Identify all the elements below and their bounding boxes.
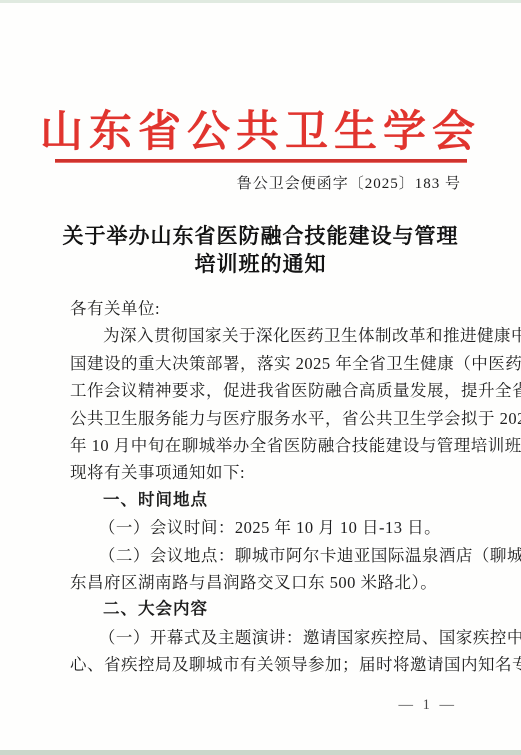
organization-name-header: 山东省公共卫生学会 — [0, 98, 521, 159]
body-line: 现将有关事项通知如下: — [70, 459, 459, 486]
document-body: 各有关单位:为深入贯彻国家关于深化医药卫生体制改革和推进健康中国建设的重大决策部… — [70, 295, 459, 679]
red-divider-rule — [55, 159, 467, 163]
body-line: （一）会议时间：2025 年 10 月 10 日-13 日。 — [70, 514, 459, 541]
page-number: — 1 — — [399, 697, 458, 714]
body-line: 国建设的重大决策部署，落实 2025 年全省卫生健康（中医药） — [70, 350, 459, 377]
scanned-notice-page: 山东省公共卫生学会 鲁公卫会便函字〔2025〕183 号 关于举办山东省医防融合… — [0, 0, 521, 755]
document-title-line1: 关于举办山东省医防融合技能建设与管理 — [40, 222, 481, 250]
document-title-line2: 培训班的通知 — [40, 250, 481, 278]
body-line: 年 10 月中旬在聊城举办全省医防融合技能建设与管理培训班。 — [70, 432, 459, 459]
body-line: 心、省疾控局及聊城市有关领导参加；届时将邀请国内知名专 — [70, 651, 459, 678]
scan-edge-bottom — [0, 750, 521, 755]
body-line: （二）会议地点：聊城市阿尔卡迪亚国际温泉酒店（聊城 — [70, 542, 459, 569]
body-line: 为深入贯彻国家关于深化医药卫生体制改革和推进健康中 — [70, 322, 459, 349]
body-line: 工作会议精神要求，促进我省医防融合高质量发展，提升全省 — [70, 377, 459, 404]
body-line: 二、大会内容 — [70, 596, 459, 623]
body-line: 东昌府区湖南路与昌润路交叉口东 500 米路北）。 — [70, 569, 459, 596]
body-line: 各有关单位: — [70, 295, 459, 322]
scan-edge-top — [0, 0, 521, 3]
body-line: （一）开幕式及主题演讲：邀请国家疾控局、国家疾控中 — [70, 624, 459, 651]
body-line: 一、时间地点 — [70, 487, 459, 514]
document-reference-number: 鲁公卫会便函字〔2025〕183 号 — [237, 172, 461, 193]
body-line: 公共卫生服务能力与医疗服务水平，省公共卫生学会拟于 2025 — [70, 405, 459, 432]
document-title: 关于举办山东省医防融合技能建设与管理 培训班的通知 — [40, 222, 481, 278]
